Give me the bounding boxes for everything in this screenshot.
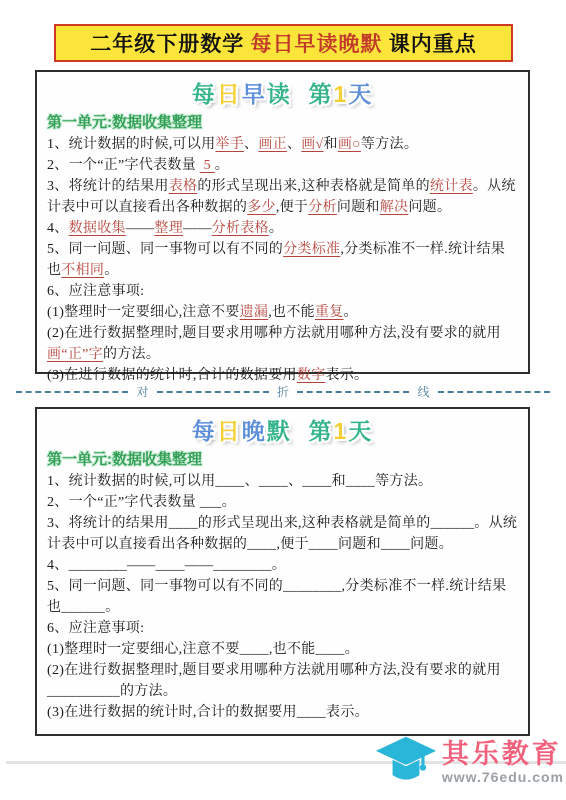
worksheet-item: 5、同一问题、同一事物可以有不同的分类标准,分类标准不一样.统计结果也不相同。 (47, 239, 518, 281)
item-text: —— (126, 221, 155, 236)
item-text: (2)在进行数据整理时,题目要求用哪种方法就用哪种方法,没有要求的就用 (47, 326, 501, 341)
fold-dash-segment (16, 391, 128, 393)
evening-recall-panel: 每日晚默 第1天 第一单元:数据收集整理 1、统计数据的时候,可以用____、_… (35, 407, 530, 736)
item-text: 4、 (47, 221, 69, 236)
worksheet-item: (2)在进行数据整理时,题目要求用哪种方法就用哪种方法,没有要求的就用_____… (47, 660, 518, 702)
item-text: 等方法。 (361, 137, 418, 152)
answer-text: 表格 (169, 179, 198, 194)
answer-text: 遗漏 (240, 305, 269, 320)
morning-panel-title: 每日早读 第1天 (47, 76, 518, 109)
brand-text-block: 其乐教育 www.76edu.com (442, 740, 564, 785)
answer-text: 解决 (380, 200, 409, 215)
item-text: 。 (215, 158, 229, 173)
worksheet-item: (2)在进行数据整理时,题目要求用哪种方法就用哪种方法,没有要求的就用画“正”字… (47, 323, 518, 365)
item-text: 4、________——____——________。 (47, 558, 286, 573)
answer-text: 画“正”字 (47, 347, 103, 362)
brand-logo: 其乐教育 www.76edu.com (374, 734, 564, 792)
worksheet-item: 5、同一问题、同一事物可以有不同的________,分类标准不一样.统计结果也_… (47, 576, 518, 618)
answer-text: 5 (200, 158, 215, 173)
worksheet-item: 1、统计数据的时候,可以用举手、画正、画√和画○等方法。 (47, 134, 518, 155)
item-text: 和 (324, 137, 338, 152)
answer-text: 画○ (338, 137, 361, 152)
answer-text: 画正 (258, 137, 287, 152)
worksheet-item: (3)在进行数据的统计时,合计的数据要用数字表示。 (47, 365, 518, 386)
item-text: 6、应注意事项: (47, 284, 144, 299)
item-text: 5、同一问题、同一事物可以有不同的________,分类标准不一样.统计结果也_… (47, 579, 506, 615)
graduation-cap-icon (374, 734, 438, 792)
fold-char-xian: 线 (415, 384, 431, 400)
answer-text: 数字 (297, 368, 326, 383)
page-title-banner: 二年级下册数学 每日早读晚默 课内重点 (54, 24, 513, 62)
item-text: 表示。 (325, 368, 368, 383)
banner-text-right: 课内重点 (383, 28, 477, 58)
answer-text: 举手 (215, 137, 244, 152)
item-text: (1)整理时一定要细心,注意不要____,也不能____。 (47, 642, 359, 657)
fold-char-dui: 对 (134, 384, 150, 400)
item-text: 、 (287, 137, 301, 152)
item-text: 、 (244, 137, 258, 152)
item-text: 2、一个“正”字代表数量 ___。 (47, 495, 236, 510)
item-text: 。 (344, 305, 358, 320)
brand-url: www.76edu.com (442, 770, 564, 785)
evening-items-list: 1、统计数据的时候,可以用____、____、____和____等方法。2、一个… (47, 471, 518, 723)
answer-text: 整理 (154, 221, 183, 236)
answer-text: 分析 (308, 200, 337, 215)
worksheet-item: 3、将统计的结果用表格的形式呈现出来,这种表格就是简单的统计表。从统计表中可以直… (47, 176, 518, 218)
brand-name: 其乐教育 (442, 740, 564, 770)
worksheet-item: 6、应注意事项: (47, 618, 518, 639)
morning-reading-panel: 每日早读 第1天 第一单元:数据收集整理 1、统计数据的时候,可以用举手、画正、… (35, 70, 530, 374)
worksheet-item: 2、一个“正”字代表数量 ___。 (47, 492, 518, 513)
fold-dash-segment (438, 391, 550, 393)
answer-text: 重复 (315, 305, 344, 320)
item-text: 3、将统计的结果用____的形式呈现出来,这种表格就是简单的______。从统计… (47, 516, 517, 552)
fold-line-divider: 对 折 线 (10, 384, 556, 400)
morning-items-list: 1、统计数据的时候,可以用举手、画正、画√和画○等方法。2、一个“正”字代表数量… (47, 134, 518, 386)
answer-text: 分类标准 (283, 242, 340, 257)
item-text: 5、同一问题、同一事物可以有不同的 (47, 242, 283, 257)
item-text: 1、统计数据的时候,可以用 (47, 137, 215, 152)
answer-text: 不相同 (61, 263, 104, 278)
answer-text: 画√ (301, 137, 323, 152)
fold-dash-segment (297, 391, 409, 393)
fold-char-zhe: 折 (275, 384, 291, 400)
item-text: 的方法。 (103, 347, 160, 362)
item-text: ,便于 (276, 200, 308, 215)
fold-dash-segment (157, 391, 269, 393)
morning-unit-heading: 第一单元:数据收集整理 (47, 111, 518, 132)
item-text: (1)整理时一定要细心,注意不要 (47, 305, 240, 320)
item-text: 1、统计数据的时候,可以用____、____、____和____等方法。 (47, 474, 432, 489)
item-text: (2)在进行数据整理时,题目要求用哪种方法就用哪种方法,没有要求的就用_____… (47, 663, 501, 699)
answer-text: 分析表格 (212, 221, 269, 236)
worksheet-item: 2、一个“正”字代表数量 5 。 (47, 155, 518, 176)
worksheet-item: (1)整理时一定要细心,注意不要遗漏,也不能重复。 (47, 302, 518, 323)
answer-text: 统计表 (430, 179, 473, 194)
item-text: 。 (269, 221, 283, 236)
worksheet-item: 6、应注意事项: (47, 281, 518, 302)
banner-text-left: 二年级下册数学 (90, 28, 250, 58)
answer-text: 多少 (247, 200, 276, 215)
item-text: 问题。 (408, 200, 451, 215)
item-text: (3)在进行数据的统计时,合计的数据要用____表示。 (47, 705, 369, 720)
worksheet-item: 4、________——____——________。 (47, 555, 518, 576)
item-text: —— (183, 221, 212, 236)
worksheet-item: (3)在进行数据的统计时,合计的数据要用____表示。 (47, 702, 518, 723)
evening-unit-heading: 第一单元:数据收集整理 (47, 448, 518, 469)
item-text: 的形式呈现出来,这种表格就是简单的 (197, 179, 430, 194)
item-text: 6、应注意事项: (47, 621, 144, 636)
worksheet-item: (1)整理时一定要细心,注意不要____,也不能____。 (47, 639, 518, 660)
evening-panel-title: 每日晚默 第1天 (47, 413, 518, 446)
item-text: (3)在进行数据的统计时,合计的数据要用 (47, 368, 297, 383)
worksheet-item: 1、统计数据的时候,可以用____、____、____和____等方法。 (47, 471, 518, 492)
worksheet-item: 4、数据收集——整理——分析表格。 (47, 218, 518, 239)
item-text: 3、将统计的结果用 (47, 179, 169, 194)
item-text: 。 (104, 263, 118, 278)
item-text: ,也不能 (268, 305, 315, 320)
answer-text: 数据收集 (69, 221, 126, 236)
item-text: 问题和 (337, 200, 380, 215)
banner-text-highlight: 每日早读晚默 (251, 28, 383, 58)
worksheet-item: 3、将统计的结果用____的形式呈现出来,这种表格就是简单的______。从统计… (47, 513, 518, 555)
item-text: 2、一个“正”字代表数量 (47, 158, 200, 173)
